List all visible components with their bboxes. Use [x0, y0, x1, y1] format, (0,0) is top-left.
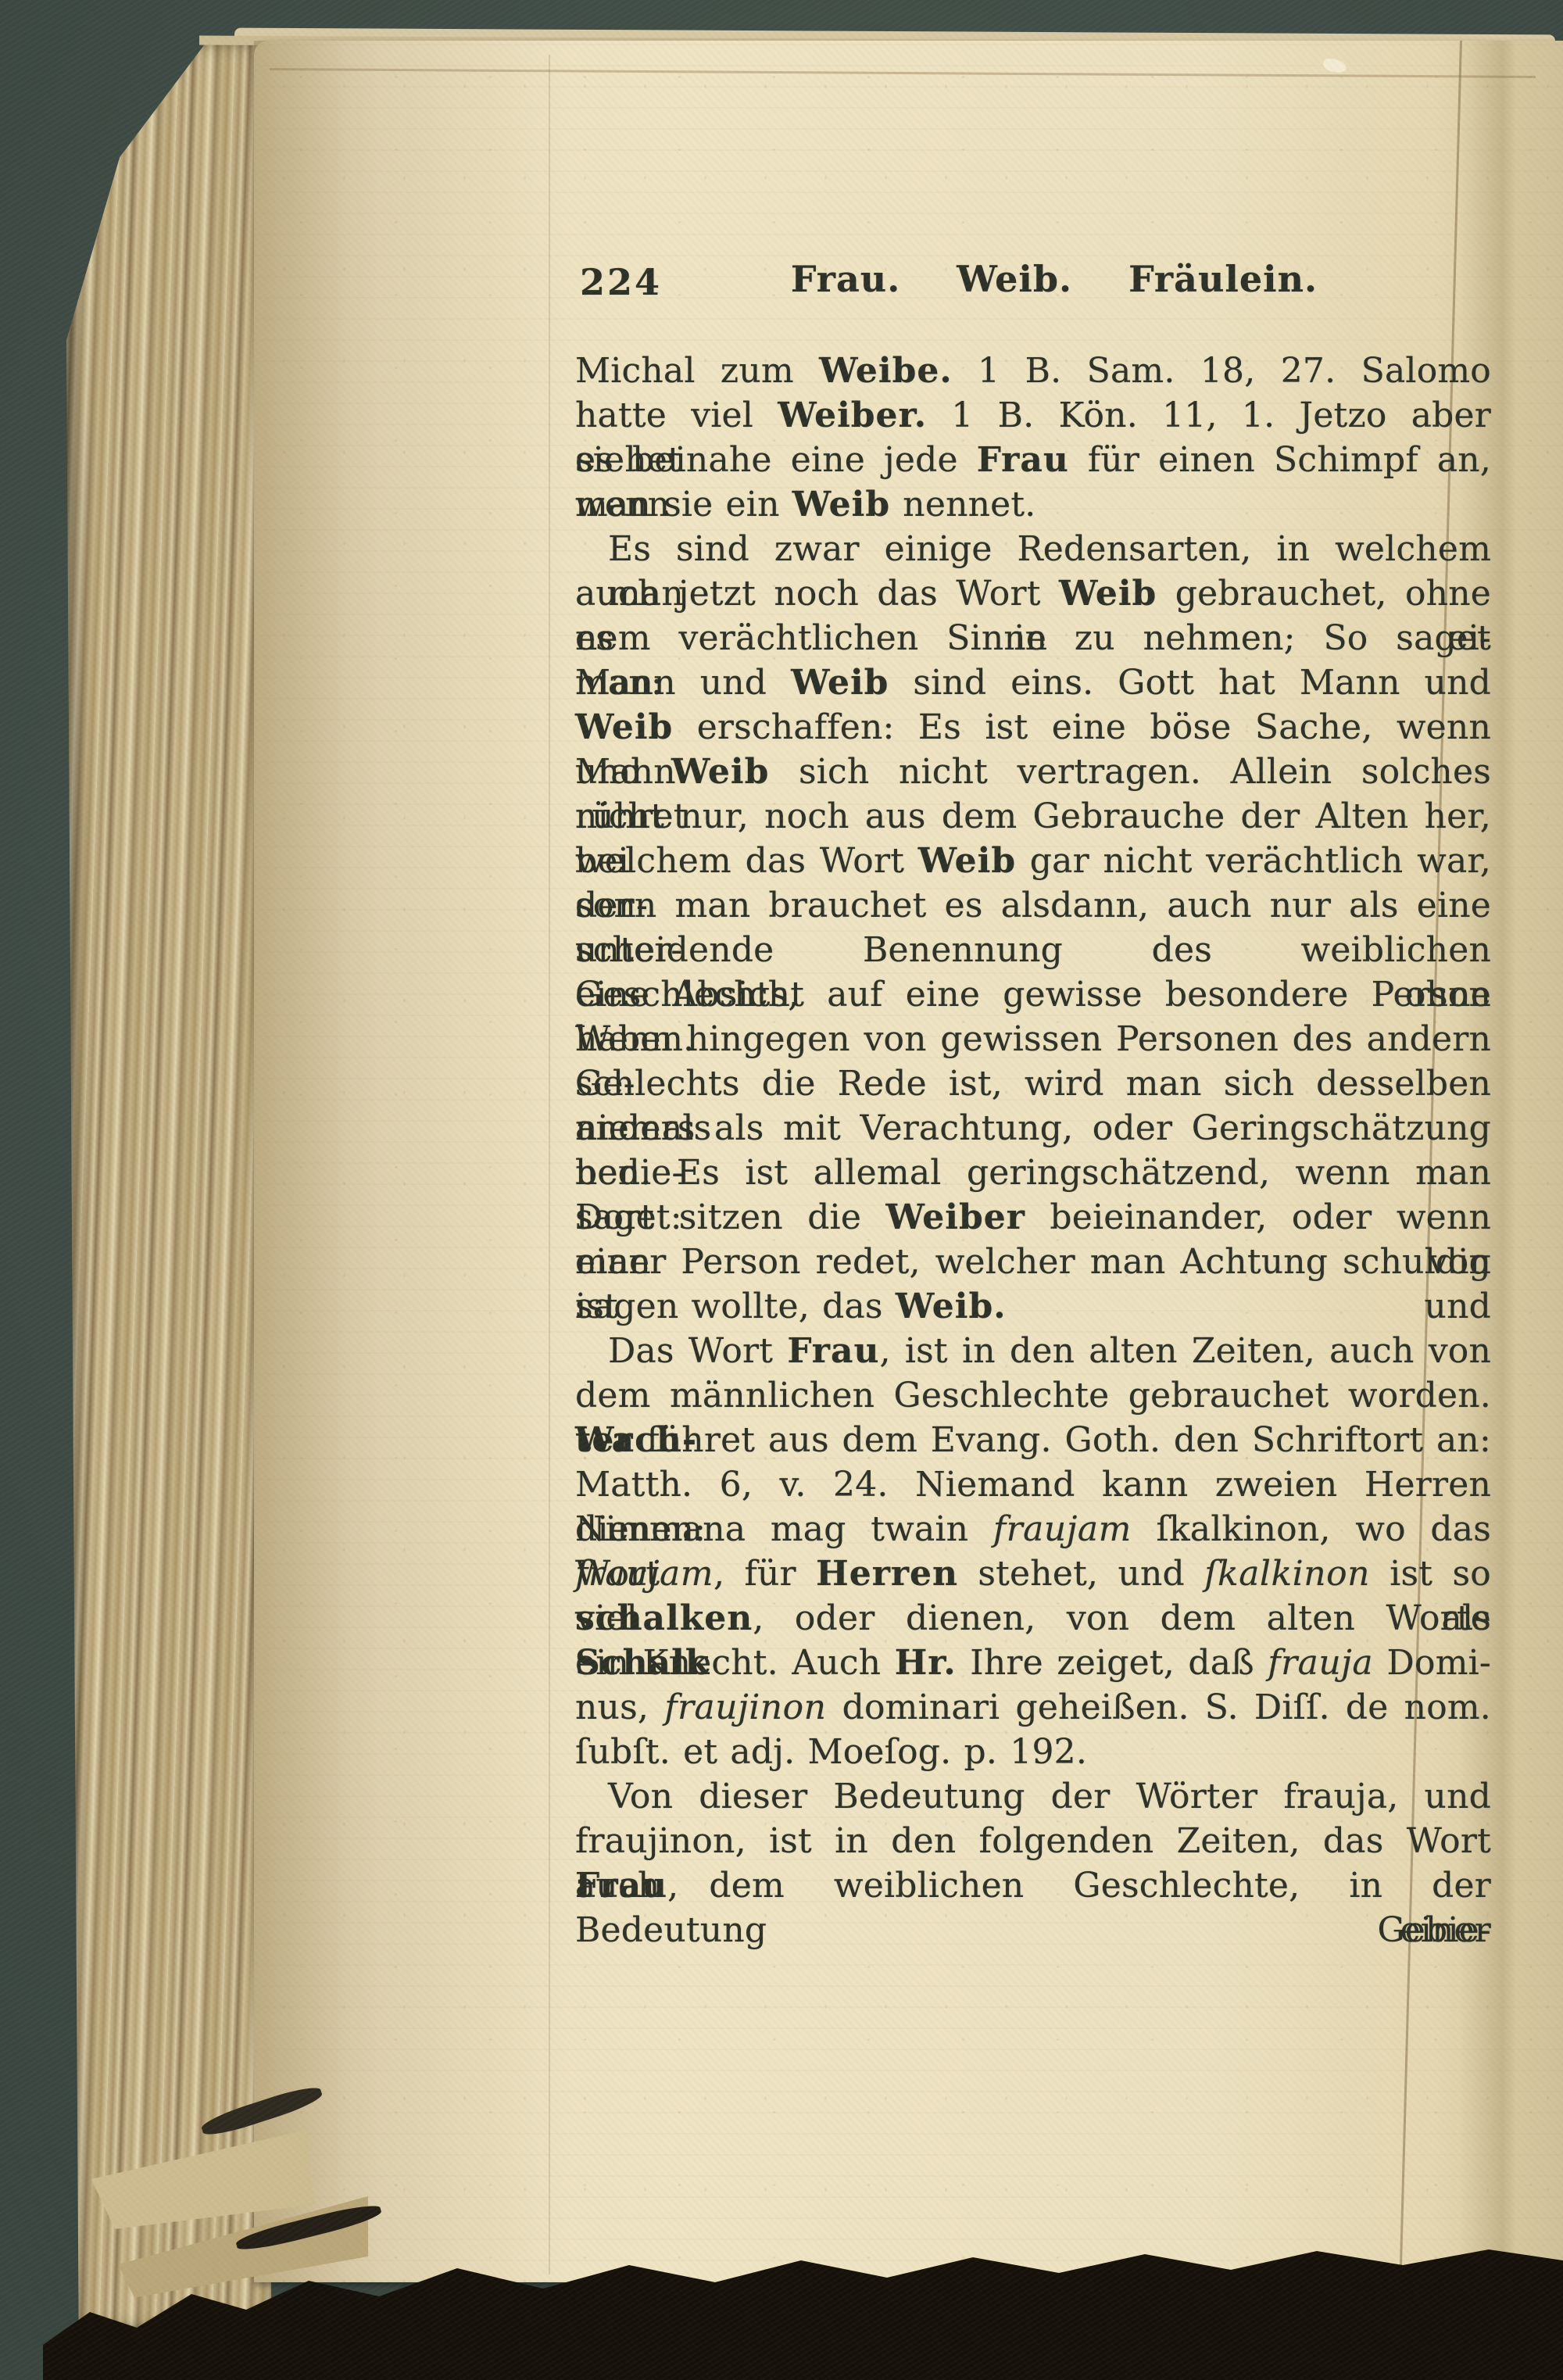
text-line: schlechts die Rede ist, wird man sich de…	[575, 1061, 1491, 1106]
text-line: und Weib sich nicht vertragen. Allein so…	[575, 750, 1491, 794]
text-line: welchem das Wort Weib gar nicht verächtl…	[575, 839, 1491, 883]
text-line: Es sind zwar einige Redensarten, in welc…	[575, 527, 1491, 571]
page-number: 224	[580, 261, 662, 303]
text-line: eine Absicht auf eine gewisse besondere …	[575, 972, 1491, 1017]
text-line: nen. Es ist allemal geringschätzend, wen…	[575, 1151, 1491, 1195]
text-line: nicht nur, noch aus dem Gebrauche der Al…	[575, 794, 1491, 839]
body-text: Michal zum Weibe. 1 B. Sam. 18, 27. Salo…	[575, 349, 1491, 1952]
text-line: ein Knecht. Auch Hr. Ihre zeiget, daß fr…	[575, 1641, 1491, 1685]
running-title-word: Frau.	[791, 258, 900, 300]
text-line: Matth. 6, v. 24. Niemand kann zweien Her…	[575, 1462, 1491, 1507]
binding-shadow	[254, 41, 567, 2282]
text-line: auch jetzt noch das Wort Weib gebrauchet…	[575, 571, 1491, 616]
text-line: Wenn hingegen von gewissen Personen des …	[575, 1017, 1491, 1061]
binding-crease	[549, 55, 550, 2274]
page-header: 224 Frau. Weib. Fräulein.	[575, 258, 1491, 313]
text-line: Das Wort Frau, ist in den alten Zeiten, …	[575, 1329, 1491, 1373]
book-scan: 224 Frau. Weib. Fräulein. Michal zum Wei…	[0, 0, 1563, 2380]
text-block: 224 Frau. Weib. Fräulein. Michal zum Wei…	[575, 258, 1491, 1952]
running-title: Frau. Weib. Fräulein.	[791, 258, 1318, 300]
running-title-word: Fräulein.	[1128, 258, 1318, 300]
text-line: nus, fraujinon dominari geheißen. S. Diſ…	[575, 1685, 1491, 1730]
running-title-word: Weib.	[957, 258, 1072, 300]
text-line: auch dem weiblichen Geschlechte, in der …	[575, 1863, 1491, 1908]
text-line: fraujinon, ist in den folgenden Zeiten, …	[575, 1819, 1491, 1863]
text-line: Dort sitzen die Weiber beieinander, oder…	[575, 1195, 1491, 1240]
text-line: Michal zum Weibe. 1 B. Sam. 18, 27. Salo…	[575, 349, 1491, 393]
text-line: Mann und Weib sind eins. Gott hat Mann u…	[575, 660, 1491, 705]
text-line: dem männlichen Geschlechte gebrauchet wo…	[575, 1373, 1491, 1418]
text-line: Weib erschaffen: Es ist eine böse Sache,…	[575, 705, 1491, 750]
left-page-edges-stack	[66, 43, 271, 2329]
text-line: ſubſt. et adj. Moeſog. p. 192.	[575, 1730, 1491, 1774]
text-line: schalken, oder dienen, von dem alten Wor…	[575, 1596, 1491, 1641]
text-line: hatte viel Weiber. 1 B. Kön. 11, 1. Jetz…	[575, 393, 1491, 438]
text-line: dern man brauchet es alsdann, auch nur a…	[575, 883, 1491, 928]
text-line: Von dieser Bedeutung der Wörter frauja, …	[575, 1774, 1491, 1819]
text-line: fraujam, für Herren stehet, und ſkalkino…	[575, 1551, 1491, 1596]
text-line: anders als mit Verachtung, oder Geringsc…	[575, 1106, 1491, 1151]
text-line: es beinahe eine jede Frau für einen Schi…	[575, 438, 1491, 482]
text-line: nem verächtlichen Sinne zu nehmen; So sa…	[575, 616, 1491, 660]
text-line: ter führet aus dem Evang. Goth. den Schr…	[575, 1418, 1491, 1462]
text-line: scheidende Benennung des weiblichen Gesc…	[575, 928, 1491, 972]
text-line: man sie ein Weib nennet.	[575, 482, 1491, 527]
text-line: einer Person redet, welcher man Achtung …	[575, 1240, 1491, 1284]
text-line: Nimmana mag twain fraujam ſkalkinon, wo …	[575, 1507, 1491, 1551]
